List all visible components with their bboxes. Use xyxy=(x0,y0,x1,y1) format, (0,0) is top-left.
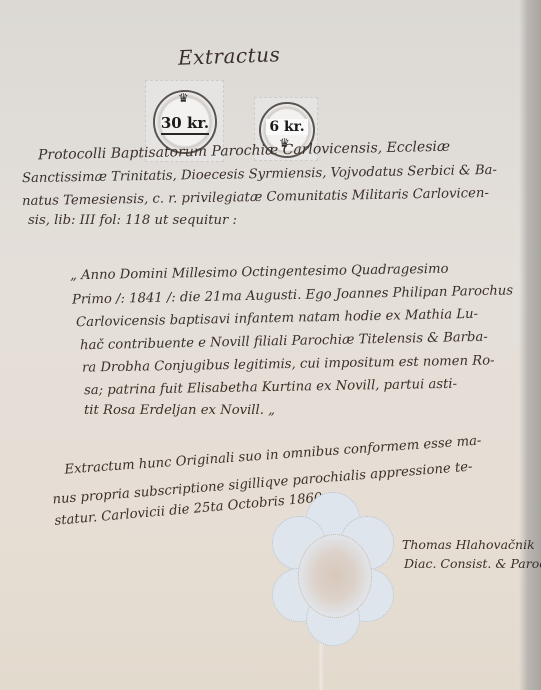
page-edge-shadow xyxy=(519,0,541,690)
record-line: tit Rosa Erdeljan ex Novill. „ xyxy=(84,403,275,418)
record-line: Carlovicensis baptisavi infantem natam h… xyxy=(76,307,478,330)
document-title: Extractus xyxy=(178,42,281,70)
record-line: hač contribuente e Novill filiali Paroch… xyxy=(80,330,488,354)
intro-line: Sanctissimæ Trinitatis, Dioecesis Syrmie… xyxy=(22,163,497,186)
signature-name: Thomas Hlahovačnik xyxy=(402,537,535,552)
signature-title: Diac. Consist. & Parochus xyxy=(404,556,541,571)
stamp-value: 6 kr. xyxy=(266,119,307,135)
stamp-value: 30 kr. xyxy=(161,114,209,135)
intro-line: natus Temesiensis, c. r. privilegiatæ Co… xyxy=(22,186,489,209)
record-line: sa; patrina fuit Elisabetha Kurtina ex N… xyxy=(84,377,457,399)
intro-line: Protocolli Baptisatorum Parochiæ Carlovi… xyxy=(38,139,450,164)
parish-seal-icon xyxy=(272,492,392,642)
intro-line: sis, lib: III fol: 118 ut sequitur : xyxy=(28,213,237,228)
double-eagle-icon: ♛ xyxy=(178,91,189,105)
seal-impression xyxy=(298,534,372,618)
record-line: Primo /: 1841 /: die 21ma Augusti. Ego J… xyxy=(72,283,513,307)
record-line: ra Drobha Conjugibus legitimis, cui impo… xyxy=(82,353,495,375)
record-line: „ Anno Domini Millesimo Octingentesimo Q… xyxy=(70,262,449,284)
